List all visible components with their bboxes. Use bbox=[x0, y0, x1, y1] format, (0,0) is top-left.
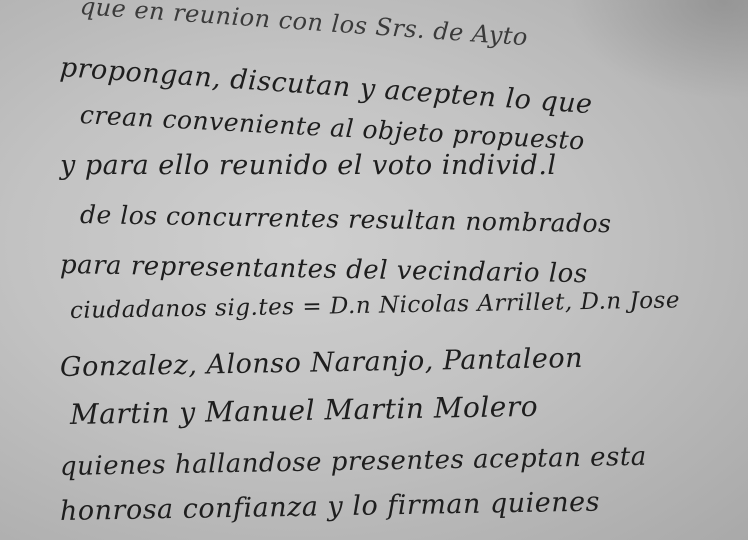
manuscript-page: que en reunion con los Srs. de Ayto prop… bbox=[0, 0, 748, 540]
manuscript-line-10: quienes hallandose presentes aceptan est… bbox=[60, 442, 647, 482]
manuscript-line-7: ciudadanos sig.tes = D.n Nicolas Arrille… bbox=[70, 287, 680, 324]
page-shadow bbox=[568, 0, 748, 100]
manuscript-line-4: y para ello reunido el voto individ.l bbox=[60, 150, 557, 181]
manuscript-line-9: Martin y Manuel Martin Molero bbox=[70, 390, 539, 431]
manuscript-line-6: para representantes del vecindario los bbox=[60, 250, 588, 289]
manuscript-line-8: Gonzalez, Alonso Naranjo, Pantaleon bbox=[60, 343, 584, 383]
manuscript-line-11: honrosa confianza y lo firman quienes bbox=[60, 487, 601, 527]
manuscript-line-1: que en reunion con los Srs. de Ayto bbox=[79, 0, 529, 51]
manuscript-line-5: de los concurrentes resultan nombrados bbox=[80, 200, 612, 238]
